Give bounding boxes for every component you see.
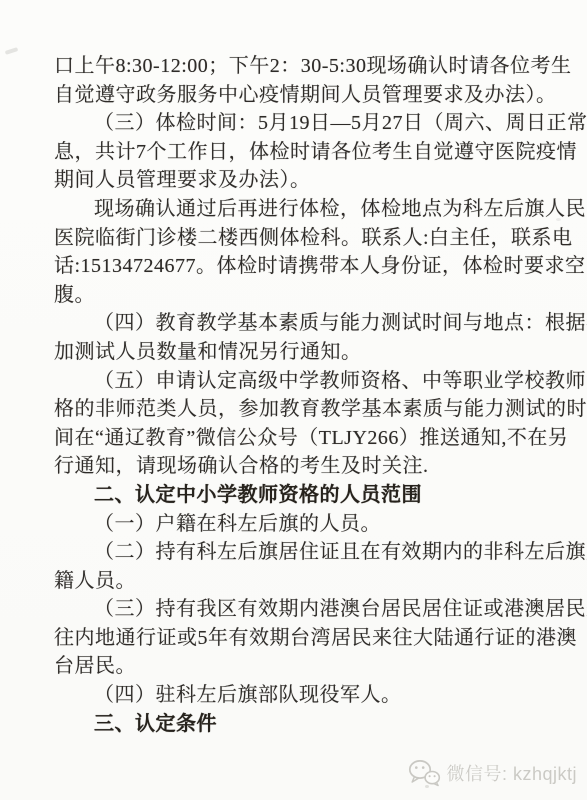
scan-artifact bbox=[556, 218, 561, 221]
text-line: （三）体检时间：5月19日—5月27日（周六、周日正常休 bbox=[54, 109, 540, 138]
text-line: 现场确认通过后再进行体检，体检地点为科左后旗人民 bbox=[54, 195, 540, 224]
text-line: 话:15134724677。体检时请携带本人身份证，体检时要求空 bbox=[54, 252, 540, 281]
document-body: 口上午8:30-12:00；下午2：30-5:30现场确认时请各位考生自觉遵守政… bbox=[54, 52, 540, 738]
wechat-icon bbox=[408, 759, 441, 787]
section-heading: 三、认定条件 bbox=[54, 710, 540, 739]
text-line: （一）户籍在科左后旗的人员。 bbox=[54, 510, 540, 539]
text-line: 行通知，请现场确认合格的考生及时关注. bbox=[54, 452, 540, 481]
text-line: 籍人员。 bbox=[54, 567, 540, 596]
text-line: 加测试人员数量和情况另行通知。 bbox=[54, 338, 540, 367]
text-line: 息，共计7个工作日，体检时请各位考生自觉遵守医院疫情 bbox=[54, 138, 540, 167]
text-line: 医院临街门诊楼二楼西侧体检科。联系人:白主任，联系电 bbox=[54, 224, 540, 253]
text-line: 间在“通辽教育”微信公众号（TLJY266）推送通知,不在另 bbox=[54, 424, 540, 453]
scanned-document-page: 口上午8:30-12:00；下午2：30-5:30现场确认时请各位考生自觉遵守政… bbox=[0, 0, 587, 800]
text-line: （五）申请认定高级中学教师资格、中等职业学校教师资 bbox=[54, 367, 540, 396]
text-line: （四）教育教学基本素质与能力测试时间与地点：根据参 bbox=[54, 309, 540, 338]
scan-artifact bbox=[5, 47, 19, 55]
section-heading: 二、认定中小学教师资格的人员范围 bbox=[54, 481, 540, 510]
text-line: 期间人员管理要求及办法）。 bbox=[54, 166, 540, 195]
text-line: 口上午8:30-12:00；下午2：30-5:30现场确认时请各位考生 bbox=[54, 52, 540, 81]
text-line: 往内地通行证或5年有效期台湾居民来往大陆通行证的港澳 bbox=[54, 624, 540, 653]
text-line: （四）驻科左后旗部队现役军人。 bbox=[54, 681, 540, 710]
text-line: （三）持有我区有效期内港澳台居民居住证或港澳居民来 bbox=[54, 595, 540, 624]
wechat-watermark: 微信号: kzhqjktj bbox=[408, 759, 577, 787]
text-line: （二）持有科左后旗居住证且在有效期内的非科左后旗户 bbox=[54, 538, 540, 567]
text-line: 台居民。 bbox=[54, 652, 540, 681]
text-line: 自觉遵守政务服务中心疫情期间人员管理要求及办法）。 bbox=[54, 81, 540, 110]
text-line: 腹。 bbox=[54, 281, 540, 310]
text-line: 格的非师范类人员，参加教育教学基本素质与能力测试的时 bbox=[54, 395, 540, 424]
watermark-label: 微信号: kzhqjktj bbox=[446, 760, 577, 786]
